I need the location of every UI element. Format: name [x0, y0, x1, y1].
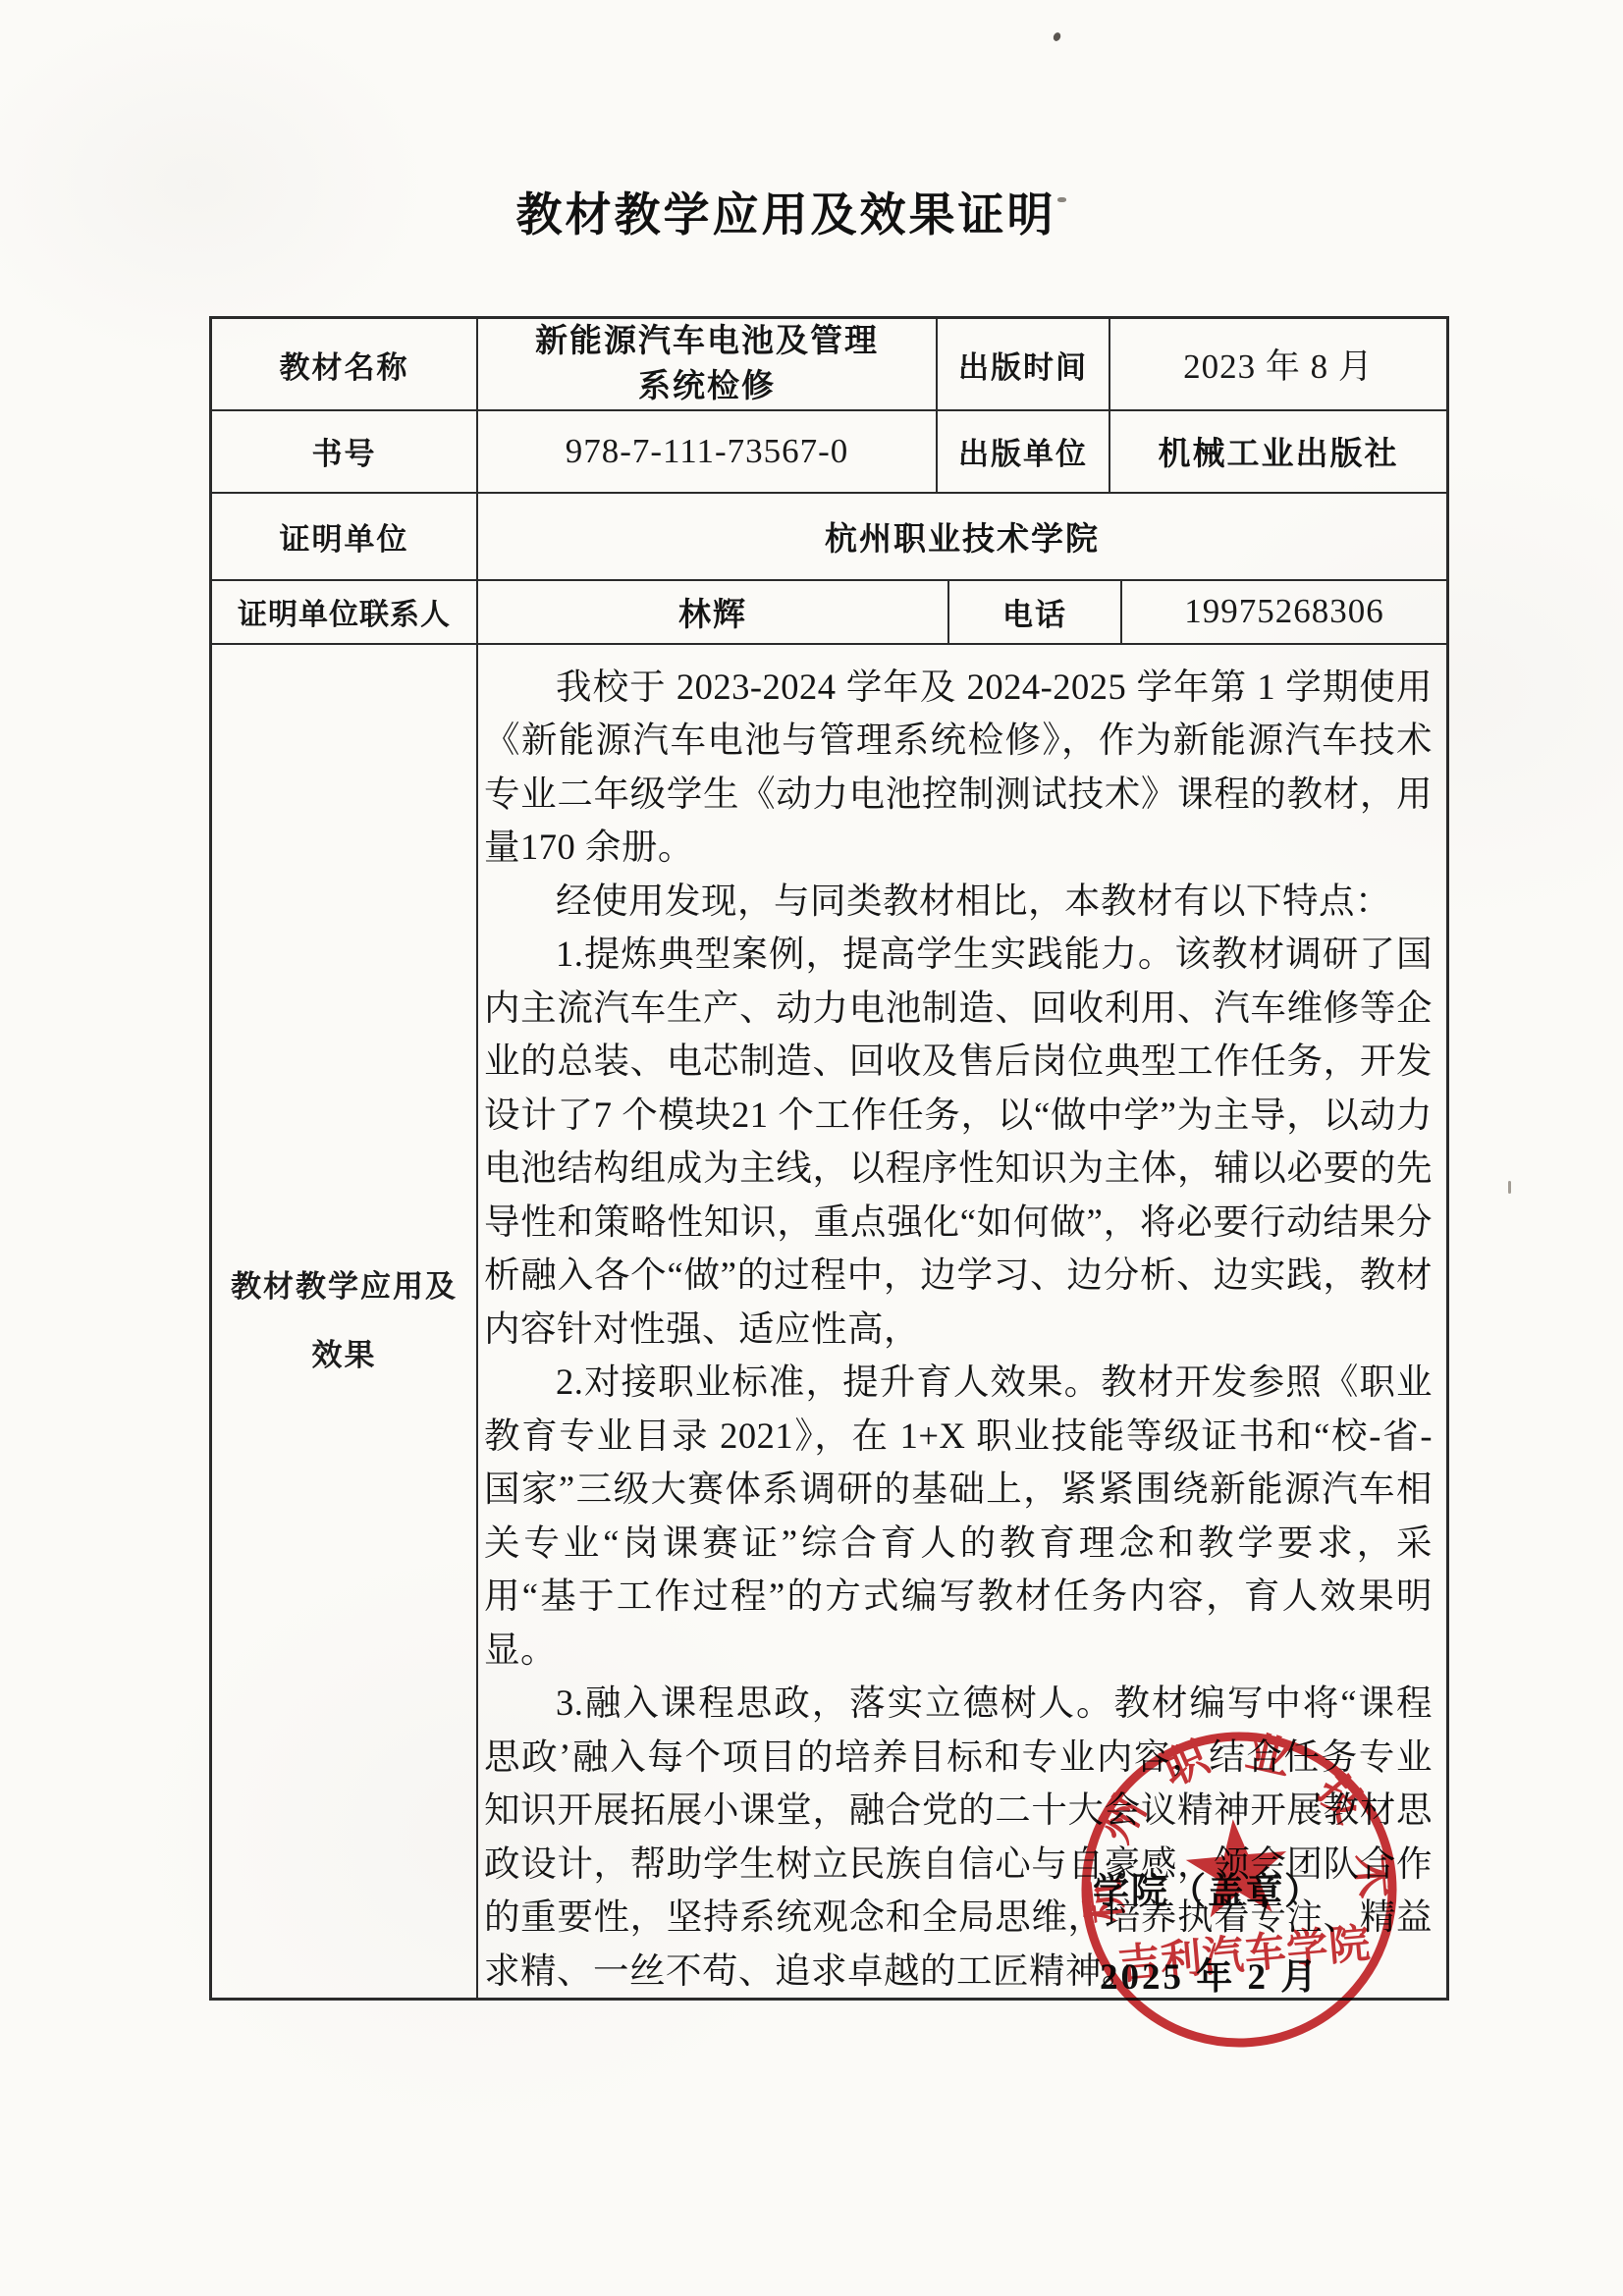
- cert-unit-value-cell: 杭州职业技术学院: [478, 494, 1446, 579]
- page-title: 教材教学应用及效果证明: [0, 179, 1597, 244]
- effect-paragraph: 经使用发现，与同类教材相比，本教材有以下特点：: [484, 875, 1433, 929]
- cert-unit-value: 杭州职业技术学院: [825, 513, 1100, 560]
- textbook-name-value: 新能源汽车电池及管理 系统检修: [535, 319, 879, 409]
- isbn-label: 书号: [312, 429, 377, 473]
- textbook-name-value-cell: 新能源汽车电池及管理 系统检修: [478, 319, 938, 409]
- publish-time-label: 出版时间: [958, 343, 1088, 387]
- cert-unit-label-cell: 证明单位: [212, 494, 478, 579]
- official-seal-stamp: 杭州职业技术学院 吉利汽车学院: [1058, 1709, 1420, 2070]
- scanned-certificate-page: 教材教学应用及效果证明 教材名称 新能源汽车电池及管理 系统检修 出版时间 20…: [0, 0, 1623, 2296]
- textbook-name-label: 教材名称: [280, 343, 409, 387]
- table-row-cert-unit: 证明单位 杭州职业技术学院: [212, 494, 1446, 581]
- effect-label-cell: 教材教学应用及 效果: [212, 645, 478, 1999]
- publisher-value-cell: 机械工业出版社: [1110, 411, 1446, 492]
- table-row-textbook-name: 教材名称 新能源汽车电池及管理 系统检修 出版时间 2023 年 8 月: [212, 319, 1446, 411]
- publish-time-label-cell: 出版时间: [938, 319, 1110, 409]
- publish-time-value-cell: 2023 年 8 月: [1110, 319, 1446, 409]
- effect-paragraph: 2.对接职业标准，提升育人效果。教材开发参照《职业教育专业目录 2021》，在 …: [484, 1356, 1433, 1677]
- contact-label-cell: 证明单位联系人: [212, 581, 478, 643]
- isbn-value: 978-7-111-73567-0: [566, 432, 849, 471]
- phone-label: 电话: [1002, 590, 1067, 634]
- seal-bottom-text: 吉利汽车学院: [1116, 1921, 1373, 1989]
- phone-label-cell: 电话: [949, 581, 1122, 643]
- scan-speck: [1508, 1181, 1511, 1194]
- effect-label: 教材教学应用及 效果: [231, 1253, 458, 1390]
- phone-value: 19975268306: [1184, 592, 1384, 631]
- contact-value: 林辉: [678, 589, 747, 635]
- star-icon: [1183, 1815, 1292, 1919]
- effect-paragraph: 我校于 2023-2024 学年及 2024-2025 学年第 1 学期使用《新…: [484, 661, 1433, 875]
- effect-paragraph: 1.提炼典型案例，提高学生实践能力。该教材调研了国内主流汽车生产、动力电池制造、…: [484, 928, 1433, 1356]
- publisher-label-cell: 出版单位: [938, 411, 1110, 492]
- publisher-label: 出版单位: [958, 429, 1088, 473]
- contact-label: 证明单位联系人: [238, 590, 451, 633]
- phone-value-cell: 19975268306: [1122, 581, 1446, 643]
- publisher-value: 机械工业出版社: [1159, 428, 1399, 474]
- textbook-name-label-cell: 教材名称: [212, 319, 478, 409]
- isbn-label-cell: 书号: [212, 411, 478, 492]
- cert-unit-label: 证明单位: [280, 514, 409, 559]
- scan-speck: [1052, 31, 1061, 42]
- table-row-contact: 证明单位联系人 林辉 电话 19975268306: [212, 581, 1446, 645]
- contact-value-cell: 林辉: [478, 581, 949, 643]
- publish-time-value: 2023 年 8 月: [1183, 340, 1374, 389]
- isbn-value-cell: 978-7-111-73567-0: [478, 411, 938, 492]
- table-row-isbn: 书号 978-7-111-73567-0 出版单位 机械工业出版社: [212, 411, 1446, 494]
